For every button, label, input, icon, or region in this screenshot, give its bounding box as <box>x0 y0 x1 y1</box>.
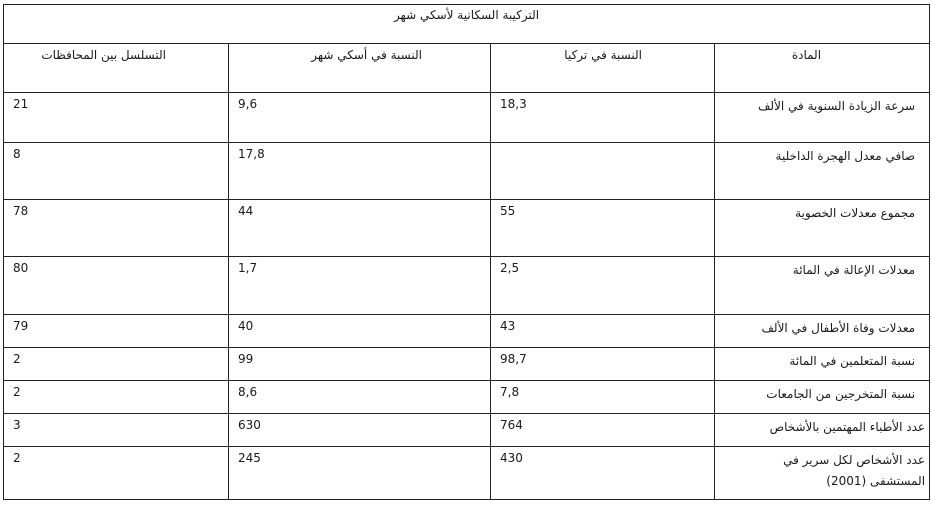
eskisehir-cell: 630 <box>229 414 491 447</box>
table-row: 79 40 43 معدلات وفاة الأطفال في الألف <box>4 315 930 348</box>
eskisehir-cell: 17,8 <box>229 143 491 200</box>
population-structure-table: التركيبة السكانية لأسكي شهر التسلسل بين … <box>3 4 930 500</box>
rank-cell: 3 <box>4 414 229 447</box>
rank-cell: 78 <box>4 200 229 257</box>
header-turkey: النسبة في تركيا <box>491 44 715 93</box>
table-header-row: التسلسل بين المحافظات النسبة في أسكي شهر… <box>4 44 930 93</box>
item-cell: عدد الأطباء المهتمين بالأشخاص <box>715 414 930 447</box>
item-cell: معدلات الإعالة في المائة <box>715 257 930 315</box>
header-item-label: المادة <box>792 48 821 62</box>
turkey-cell <box>491 143 715 200</box>
turkey-cell: 55 <box>491 200 715 257</box>
header-rank-label: التسلسل بين المحافظات <box>41 48 166 62</box>
table-row: 80 1,7 2,5 معدلات الإعالة في المائة <box>4 257 930 315</box>
table-row: 3 630 764 عدد الأطباء المهتمين بالأشخاص <box>4 414 930 447</box>
turkey-cell: 43 <box>491 315 715 348</box>
turkey-cell: 2,5 <box>491 257 715 315</box>
rank-cell: 2 <box>4 447 229 500</box>
rank-cell: 2 <box>4 381 229 414</box>
item-cell: معدلات وفاة الأطفال في الألف <box>715 315 930 348</box>
eskisehir-cell: 9,6 <box>229 93 491 143</box>
rank-cell: 2 <box>4 348 229 381</box>
eskisehir-cell: 1,7 <box>229 257 491 315</box>
item-cell: صافي معدل الهجرة الداخلية <box>715 143 930 200</box>
table-row: 2 245 430 عدد الأشخاص لكل سرير في المستش… <box>4 447 930 500</box>
table-title: التركيبة السكانية لأسكي شهر <box>4 5 930 44</box>
eskisehir-cell: 40 <box>229 315 491 348</box>
eskisehir-cell: 8,6 <box>229 381 491 414</box>
eskisehir-cell: 99 <box>229 348 491 381</box>
header-turkey-label: النسبة في تركيا <box>564 48 642 62</box>
table-row: 2 8,6 7,8 نسبة المتخرجين من الجامعات <box>4 381 930 414</box>
header-rank: التسلسل بين المحافظات <box>4 44 229 93</box>
item-cell: نسبة المتخرجين من الجامعات <box>715 381 930 414</box>
table-title-row: التركيبة السكانية لأسكي شهر <box>4 5 930 44</box>
turkey-cell: 430 <box>491 447 715 500</box>
item-cell: عدد الأشخاص لكل سرير في المستشفى (2001) <box>715 447 930 500</box>
item-cell: مجموع معدلات الخصوية <box>715 200 930 257</box>
item-year: (2001) <box>826 474 866 488</box>
header-item: المادة <box>715 44 930 93</box>
rank-cell: 79 <box>4 315 229 348</box>
header-eskisehir: النسبة في أسكي شهر <box>229 44 491 93</box>
rank-cell: 8 <box>4 143 229 200</box>
table-row: 8 17,8 صافي معدل الهجرة الداخلية <box>4 143 930 200</box>
turkey-cell: 764 <box>491 414 715 447</box>
item-cell: سرعة الزيادة السنوية في الألف <box>715 93 930 143</box>
item-cell: نسبة المتعلمين في المائة <box>715 348 930 381</box>
rank-cell: 21 <box>4 93 229 143</box>
table-row: 2 99 98,7 نسبة المتعلمين في المائة <box>4 348 930 381</box>
header-eskisehir-label: النسبة في أسكي شهر <box>311 48 422 62</box>
turkey-cell: 7,8 <box>491 381 715 414</box>
turkey-cell: 98,7 <box>491 348 715 381</box>
table-row: 78 44 55 مجموع معدلات الخصوية <box>4 200 930 257</box>
table-row: 21 9,6 18,3 سرعة الزيادة السنوية في الأل… <box>4 93 930 143</box>
eskisehir-cell: 245 <box>229 447 491 500</box>
turkey-cell: 18,3 <box>491 93 715 143</box>
rank-cell: 80 <box>4 257 229 315</box>
eskisehir-cell: 44 <box>229 200 491 257</box>
